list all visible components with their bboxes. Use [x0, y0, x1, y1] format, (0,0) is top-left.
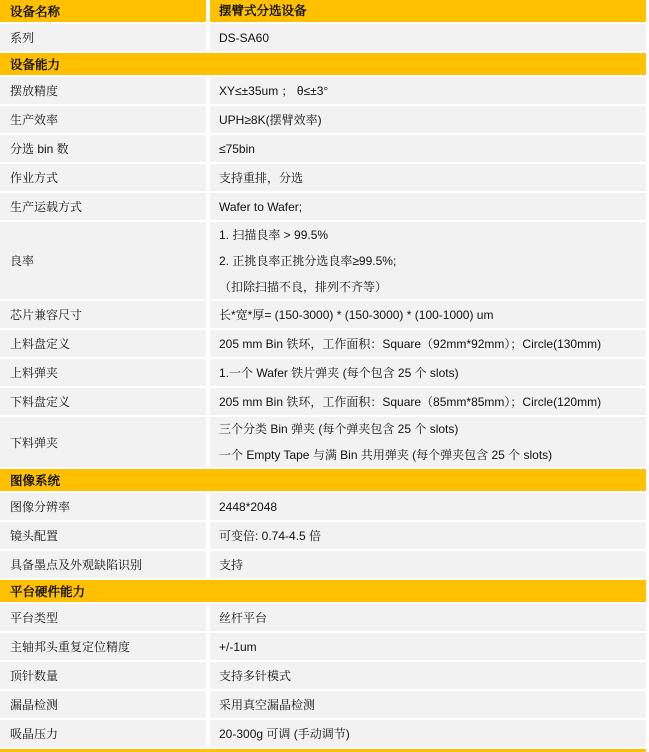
row-value-line: UPH≥8K(摆臂效率) — [219, 107, 637, 133]
row-value-line: DS-SA60 — [219, 25, 637, 51]
row-value: 支持重排，分选 — [210, 164, 646, 191]
spec-table: 设备名称 摆臂式分选设备 系列 DS-SA60 设备能力 摆放精度 XY≤±35… — [0, 0, 646, 752]
row-label: 分选 bin 数 — [0, 135, 206, 162]
row-label: 系列 — [0, 24, 206, 51]
row-value-line: 1. 扫描良率 > 99.5% — [219, 222, 637, 248]
row-value: 三个分类 Bin 弹夹 (每个弹夹包含 25 个 slots) 一个 Empty… — [210, 417, 646, 467]
row-value: 205 mm Bin 铁环，工作面积：Square（85mm*85mm）；Cir… — [210, 388, 646, 415]
table-row: 作业方式 支持重排，分选 — [0, 164, 646, 191]
row-value: 采用真空漏晶检测 — [210, 691, 646, 718]
row-label: 生产效率 — [0, 106, 206, 133]
section-title: 图像系统 — [10, 471, 60, 489]
row-value-line: 长*宽*厚= (150-3000) * (150-3000) * (100-10… — [219, 302, 637, 328]
row-label: 良率 — [0, 222, 206, 299]
row-value: 2448*2048 — [210, 493, 646, 520]
row-value-line: 1.一个 Wafer 铁片弹夹 (每个包含 25 个 slots) — [219, 360, 637, 386]
table-row: 下料盘定义 205 mm Bin 铁环，工作面积：Square（85mm*85m… — [0, 388, 646, 415]
row-label: 镜头配置 — [0, 522, 206, 549]
row-value: ≤75bin — [210, 135, 646, 162]
table-row: 顶针数量 支持多针模式 — [0, 662, 646, 689]
table-row: 良率 1. 扫描良率 > 99.5% 2. 正挑良率正挑分选良率≥99.5%; … — [0, 222, 646, 299]
row-value-line: 2. 正挑良率正挑分选良率≥99.5%; — [219, 248, 637, 274]
row-value: 1. 扫描良率 > 99.5% 2. 正挑良率正挑分选良率≥99.5%; （扣除… — [210, 222, 646, 299]
header-value: 摆臂式分选设备 — [210, 0, 646, 22]
row-value-line: 丝杆平台 — [219, 605, 637, 631]
section-header-row: 图像系统 — [0, 469, 646, 491]
table-row: 吸晶压力 20-300g 可调 (手动调节) — [0, 720, 646, 747]
row-value-line: 一个 Empty Tape 与满 Bin 共用弹夹 (每个弹夹包含 25 个 s… — [219, 442, 637, 468]
row-value: 长*宽*厚= (150-3000) * (150-3000) * (100-10… — [210, 301, 646, 328]
table-row: 漏晶检测 采用真空漏晶检测 — [0, 691, 646, 718]
table-row: 生产运载方式 Wafer to Wafer; — [0, 193, 646, 220]
row-value-line: 205 mm Bin 铁环，工作面积：Square（85mm*85mm）；Cir… — [219, 389, 637, 415]
row-label: 上料盘定义 — [0, 330, 206, 357]
row-value: +/-1um — [210, 633, 646, 660]
row-value-line: 2448*2048 — [219, 494, 637, 520]
table-row: 下料弹夹 三个分类 Bin 弹夹 (每个弹夹包含 25 个 slots) 一个 … — [0, 417, 646, 467]
row-value: 支持 — [210, 551, 646, 578]
table-row: 生产效率 UPH≥8K(摆臂效率) — [0, 106, 646, 133]
row-value-line: 205 mm Bin 铁环，工作面积：Square（92mm*92mm）；Cir… — [219, 331, 637, 357]
row-value: XY≤±35um ； θ≤±3° — [210, 77, 646, 104]
row-label: 吸晶压力 — [0, 720, 206, 747]
row-value: 205 mm Bin 铁环，工作面积：Square（92mm*92mm）；Cir… — [210, 330, 646, 357]
row-value-line: 可变倍: 0.74-4.5 倍 — [219, 523, 637, 549]
table-row: 分选 bin 数 ≤75bin — [0, 135, 646, 162]
row-value: 支持多针模式 — [210, 662, 646, 689]
table-row: 主轴邦头重复定位精度 +/-1um — [0, 633, 646, 660]
row-label: 摆放精度 — [0, 77, 206, 104]
row-value: 丝杆平台 — [210, 604, 646, 631]
row-value-line: 支持 — [219, 552, 637, 578]
row-value: Wafer to Wafer; — [210, 193, 646, 220]
row-value-line: 支持多针模式 — [219, 663, 637, 689]
row-value-line: ≤75bin — [219, 136, 637, 162]
table-row: 镜头配置 可变倍: 0.74-4.5 倍 — [0, 522, 646, 549]
section-title: 平台硬件能力 — [10, 582, 85, 600]
table-row: 摆放精度 XY≤±35um ； θ≤±3° — [0, 77, 646, 104]
header-value-text: 摆臂式分选设备 — [219, 0, 637, 24]
section-header-row: 设备能力 — [0, 53, 646, 75]
table-row: 平台类型 丝杆平台 — [0, 604, 646, 631]
table-row: 具备墨点及外观缺陷识别 支持 — [0, 551, 646, 578]
row-label: 顶针数量 — [0, 662, 206, 689]
table-row: 芯片兼容尺寸 长*宽*厚= (150-3000) * (150-3000) * … — [0, 301, 646, 328]
row-value: DS-SA60 — [210, 24, 646, 51]
header-label: 设备名称 — [0, 0, 206, 22]
row-label: 上料弹夹 — [0, 359, 206, 386]
row-label: 图像分辨率 — [0, 493, 206, 520]
row-value-line: （扣除扫描不良，排列不齐等） — [219, 274, 637, 300]
row-label: 平台类型 — [0, 604, 206, 631]
section-title: 设备能力 — [10, 55, 60, 73]
table-row: 图像分辨率 2448*2048 — [0, 493, 646, 520]
row-label: 漏晶检测 — [0, 691, 206, 718]
row-value-line: XY≤±35um ； θ≤±3° — [219, 78, 637, 104]
row-value: 可变倍: 0.74-4.5 倍 — [210, 522, 646, 549]
row-value-line: Wafer to Wafer; — [219, 194, 637, 220]
section-header-row: 平台硬件能力 — [0, 580, 646, 602]
row-label: 作业方式 — [0, 164, 206, 191]
row-value-line: 20-300g 可调 (手动调节) — [219, 721, 637, 747]
row-value-line: 三个分类 Bin 弹夹 (每个弹夹包含 25 个 slots) — [219, 416, 637, 442]
table-row: 上料盘定义 205 mm Bin 铁环，工作面积：Square（92mm*92m… — [0, 330, 646, 357]
row-value: 20-300g 可调 (手动调节) — [210, 720, 646, 747]
row-value: 1.一个 Wafer 铁片弹夹 (每个包含 25 个 slots) — [210, 359, 646, 386]
row-label: 具备墨点及外观缺陷识别 — [0, 551, 206, 578]
row-label: 下料盘定义 — [0, 388, 206, 415]
row-label: 主轴邦头重复定位精度 — [0, 633, 206, 660]
table-row: 系列 DS-SA60 — [0, 24, 646, 51]
table-row: 上料弹夹 1.一个 Wafer 铁片弹夹 (每个包含 25 个 slots) — [0, 359, 646, 386]
row-value-line: 支持重排，分选 — [219, 165, 637, 191]
row-label: 芯片兼容尺寸 — [0, 301, 206, 328]
row-value: UPH≥8K(摆臂效率) — [210, 106, 646, 133]
row-value-line: 采用真空漏晶检测 — [219, 692, 637, 718]
row-label: 生产运载方式 — [0, 193, 206, 220]
row-label: 下料弹夹 — [0, 417, 206, 467]
row-value-line: +/-1um — [219, 634, 637, 660]
table-header-row: 设备名称 摆臂式分选设备 — [0, 0, 646, 22]
